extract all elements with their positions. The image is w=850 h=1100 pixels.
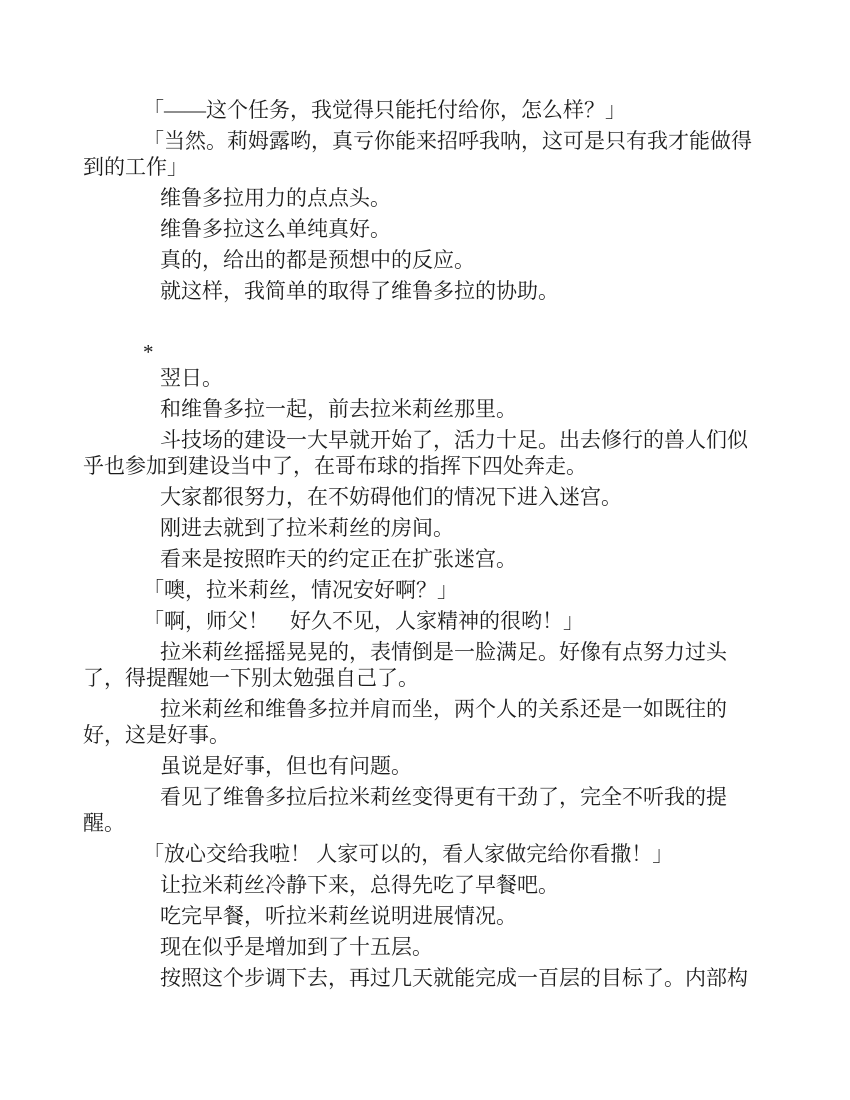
paragraph: 「噢，拉米莉丝，情况安好啊？」 xyxy=(83,577,766,603)
paragraph: 「——这个任务，我觉得只能托付给你，怎么样？」 xyxy=(83,97,766,123)
paragraph: 拉米莉丝和维鲁多拉并肩而坐，两个人的关系还是一如既往的好，这是好事。 xyxy=(83,696,766,748)
paragraph: 现在似乎是增加到了十五层。 xyxy=(83,934,766,960)
paragraph: 「啊，师父！ 好久不见，人家精神的很哟！」 xyxy=(83,608,766,634)
paragraph: 就这样，我简单的取得了维鲁多拉的协助。 xyxy=(83,278,766,304)
paragraph: 按照这个步调下去，再过几天就能完成一百层的目标了。内部构 xyxy=(83,965,766,991)
paragraph: 看见了维鲁多拉后拉米莉丝变得更有干劲了，完全不听我的提醒。 xyxy=(83,784,766,836)
paragraph: 维鲁多拉用力的点点头。 xyxy=(83,185,766,211)
paragraph: 翌日。 xyxy=(83,365,766,391)
paragraph: 「当然。莉姆露哟，真亏你能来招呼我呐，这可是只有我才能做得到的工作」 xyxy=(83,128,766,180)
paragraph: 和维鲁多拉一起，前去拉米莉丝那里。 xyxy=(83,396,766,422)
paragraph: 「放心交给我啦！ 人家可以的，看人家做完给你看撒！」 xyxy=(83,841,766,867)
section-break: * xyxy=(83,339,766,365)
paragraph: 虽说是好事，但也有问题。 xyxy=(83,753,766,779)
paragraph: 大家都很努力，在不妨碍他们的情况下进入迷宫。 xyxy=(83,484,766,510)
paragraph: 看来是按照昨天的约定正在扩张迷宫。 xyxy=(83,546,766,572)
paragraph: 维鲁多拉这么单纯真好。 xyxy=(83,216,766,242)
novel-text: 「——这个任务，我觉得只能托付给你，怎么样？」「当然。莉姆露哟，真亏你能来招呼我… xyxy=(83,97,766,991)
page: 「——这个任务，我觉得只能托付给你，怎么样？」「当然。莉姆露哟，真亏你能来招呼我… xyxy=(0,0,850,1100)
paragraph: 让拉米莉丝冷静下来，总得先吃了早餐吧。 xyxy=(83,872,766,898)
paragraph: 刚进去就到了拉米莉丝的房间。 xyxy=(83,515,766,541)
paragraph: 拉米莉丝摇摇晃晃的，表情倒是一脸满足。好像有点努力过头了，得提醒她一下别太勉强自… xyxy=(83,639,766,691)
paragraph: 吃完早餐，听拉米莉丝说明进展情况。 xyxy=(83,903,766,929)
paragraph: 真的，给出的都是预想中的反应。 xyxy=(83,247,766,273)
paragraph: 斗技场的建设一大早就开始了，活力十足。出去修行的兽人们似乎也参加到建设当中了，在… xyxy=(83,427,766,479)
